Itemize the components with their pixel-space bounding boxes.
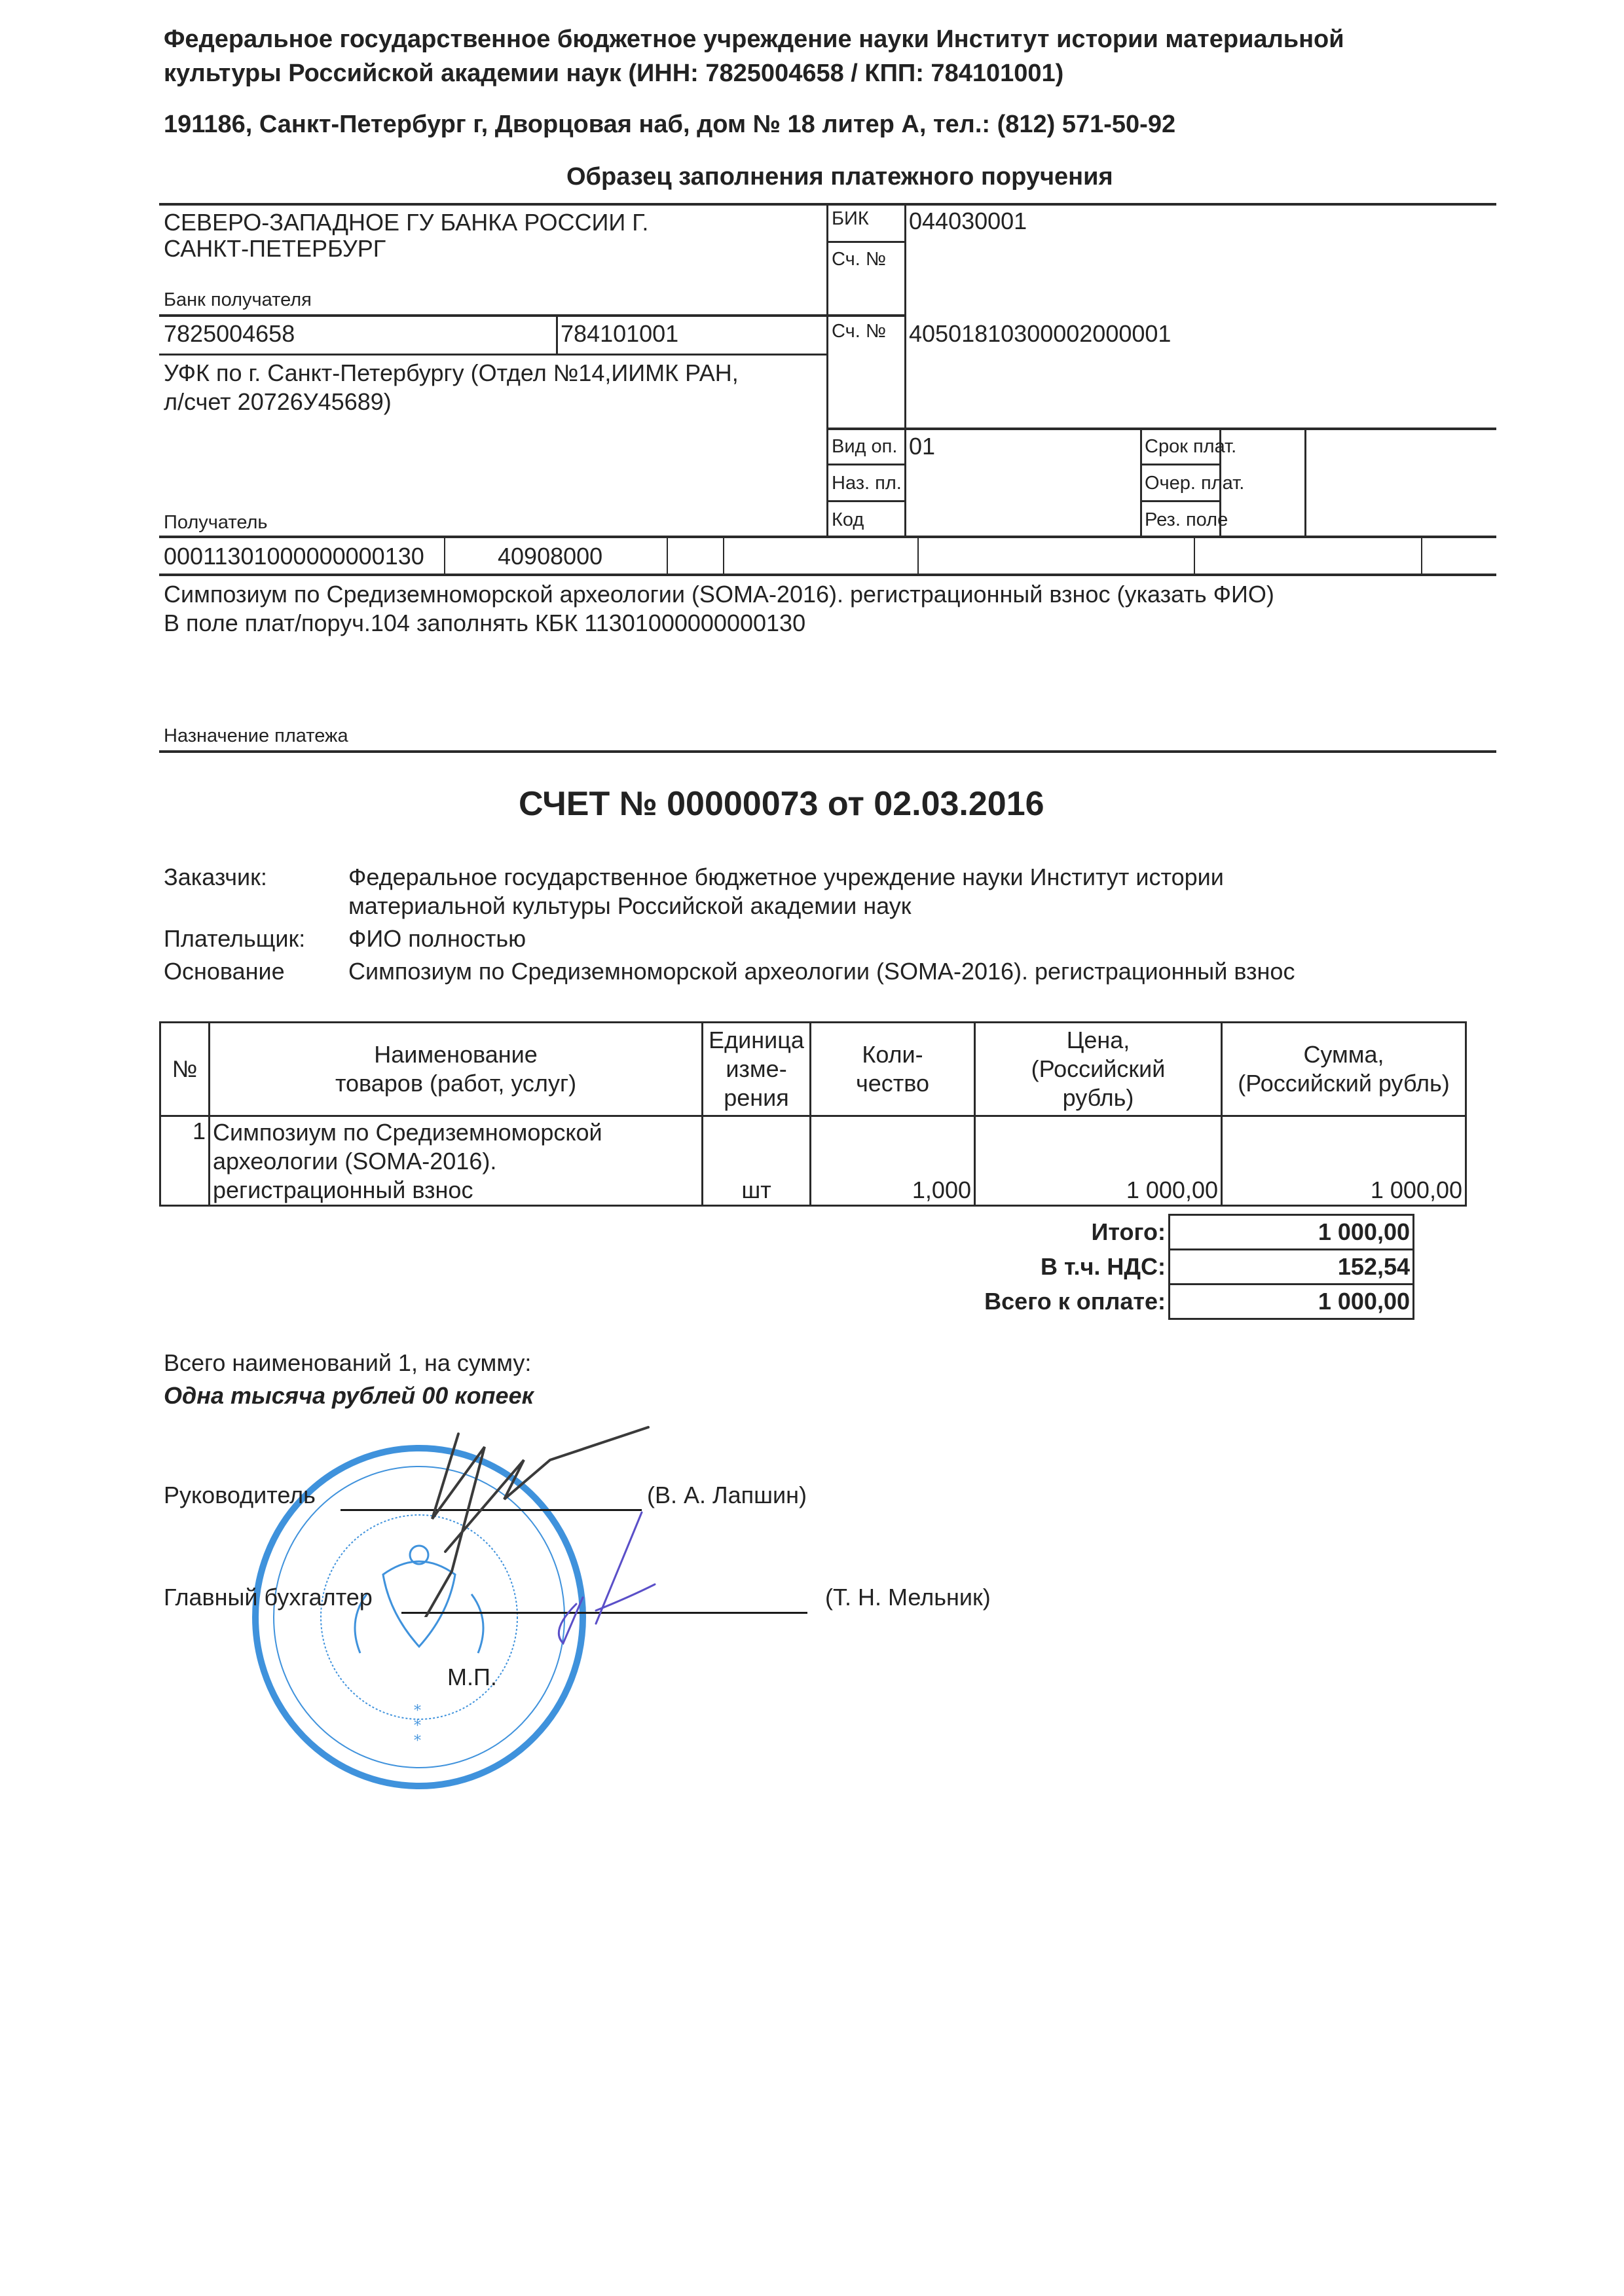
account-label: Сч. № bbox=[832, 319, 886, 343]
total-label: Итого: bbox=[159, 1215, 1170, 1250]
row-name-line3: регистрационный взнос bbox=[213, 1176, 699, 1205]
customer-label: Заказчик: bbox=[164, 863, 267, 892]
grand-total-row: Всего к оплате: 1 000,00 bbox=[159, 1285, 1414, 1319]
header-price: Цена, (Российский рубль) bbox=[975, 1023, 1222, 1116]
reserve-label: Рез. поле bbox=[1145, 508, 1228, 532]
svg-text:*: * bbox=[414, 1733, 421, 1749]
header-sum-line2: (Российский рубль) bbox=[1225, 1069, 1462, 1098]
row-name-line2: археологии (SOMA-2016). bbox=[213, 1147, 699, 1176]
org-address: 191186, Санкт-Петербург г, Дворцовая наб… bbox=[164, 107, 1175, 141]
seal-label: М.П. bbox=[447, 1663, 497, 1692]
header-unit-line1: Единица bbox=[706, 1026, 807, 1055]
totals-table: Итого: 1 000,00 В т.ч. НДС: 152,54 Всего… bbox=[159, 1214, 1414, 1320]
account-value: 40501810300002000001 bbox=[909, 319, 1171, 348]
vat-value: 152,54 bbox=[1170, 1250, 1414, 1285]
director-signature-icon bbox=[354, 1421, 655, 1617]
row-sum: 1 000,00 bbox=[1222, 1116, 1466, 1206]
items-count-line: Всего наименований 1, на сумму: bbox=[164, 1349, 531, 1377]
header-name: Наименование товаров (работ, услуг) bbox=[210, 1023, 703, 1116]
grand-total-label: Всего к оплате: bbox=[159, 1285, 1170, 1319]
total-row: Итого: 1 000,00 bbox=[159, 1215, 1414, 1250]
director-name: (В. А. Лапшин) bbox=[647, 1481, 807, 1510]
header-name-line1: Наименование bbox=[213, 1040, 699, 1069]
purpose-line2: В поле плат/поруч.104 заполнять КБК 1130… bbox=[164, 609, 805, 638]
basis-label: Основание bbox=[164, 957, 285, 986]
row-unit: шт bbox=[703, 1116, 811, 1206]
customer-line1: Федеральное государственное бюджетное уч… bbox=[348, 863, 1224, 892]
recipient-line1: УФК по г. Санкт-Петербургу (Отдел №14,ИИ… bbox=[164, 359, 739, 388]
payer-value: ФИО полностью bbox=[348, 924, 526, 953]
items-table: № Наименование товаров (работ, услуг) Ед… bbox=[159, 1021, 1467, 1207]
header-qty: Коли- чество bbox=[811, 1023, 975, 1116]
op-type-value: 01 bbox=[909, 432, 935, 461]
accountant-signature-icon bbox=[498, 1506, 668, 1650]
org-name-line2: культуры Российской академии наук (ИНН: … bbox=[164, 56, 1063, 90]
row-qty: 1,000 bbox=[811, 1116, 975, 1206]
header-price-line3: рубль) bbox=[978, 1084, 1218, 1112]
header-sum: Сумма, (Российский рубль) bbox=[1222, 1023, 1466, 1116]
header-unit: Единица изме- рения bbox=[703, 1023, 811, 1116]
inn-value: 7825004658 bbox=[164, 319, 295, 348]
oktmo-value: 40908000 bbox=[498, 542, 602, 571]
form-title: Образец заполнения платежного поручения bbox=[566, 160, 1113, 194]
header-num: № bbox=[160, 1023, 210, 1116]
kpp-value: 784101001 bbox=[561, 319, 678, 348]
due-date-label: Срок плат. bbox=[1145, 435, 1236, 458]
vat-label: В т.ч. НДС: bbox=[159, 1250, 1170, 1285]
header-unit-line3: рения bbox=[706, 1084, 807, 1112]
bik-value: 044030001 bbox=[909, 207, 1027, 236]
bik-label: БИК bbox=[832, 207, 869, 230]
row-num: 1 bbox=[160, 1116, 210, 1206]
director-label: Руководитель bbox=[164, 1481, 316, 1510]
header-name-line2: товаров (работ, услуг) bbox=[213, 1069, 699, 1098]
svg-text:*: * bbox=[414, 1718, 421, 1734]
header-qty-line2: чество bbox=[814, 1069, 971, 1098]
basis-value: Симпозиум по Средиземноморской археологи… bbox=[348, 957, 1295, 986]
purpose-code-label: Наз. пл. bbox=[832, 471, 902, 495]
table-header-row: № Наименование товаров (работ, услуг) Ед… bbox=[160, 1023, 1466, 1116]
vat-row: В т.ч. НДС: 152,54 bbox=[159, 1250, 1414, 1285]
header-price-line2: (Российский bbox=[978, 1055, 1218, 1084]
accountant-name: (Т. Н. Мельник) bbox=[825, 1583, 991, 1612]
row-name: Симпозиум по Средиземноморской археологи… bbox=[210, 1116, 703, 1206]
bank-name-line2: САНКТ-ПЕТЕРБУРГ bbox=[164, 234, 386, 263]
recipient-label: Получатель bbox=[164, 511, 268, 534]
grand-total-value: 1 000,00 bbox=[1170, 1285, 1414, 1319]
header-qty-line1: Коли- bbox=[814, 1040, 971, 1069]
corr-account-label: Сч. № bbox=[832, 247, 886, 271]
bank-name-line1: СЕВЕРО-ЗАПАДНОЕ ГУ БАНКА РОССИИ Г. bbox=[164, 208, 648, 237]
purpose-label: Назначение платежа bbox=[164, 724, 348, 748]
priority-label: Очер. плат. bbox=[1145, 471, 1244, 495]
header-price-line1: Цена, bbox=[978, 1026, 1218, 1055]
accountant-label: Главный бухгалтер bbox=[164, 1583, 373, 1612]
invoice-title: СЧЕТ № 00000073 от 02.03.2016 bbox=[519, 783, 1044, 825]
purpose-line1: Симпозиум по Средиземноморской археологи… bbox=[164, 580, 1274, 609]
row-name-line1: Симпозиум по Средиземноморской bbox=[213, 1118, 699, 1147]
kbk-value: 00011301000000000130 bbox=[164, 542, 424, 571]
table-row: 1 Симпозиум по Средиземноморской археоло… bbox=[160, 1116, 1466, 1206]
row-price: 1 000,00 bbox=[975, 1116, 1222, 1206]
header-sum-line1: Сумма, bbox=[1225, 1040, 1462, 1069]
recipient-line2: л/счет 20726У45689) bbox=[164, 388, 392, 416]
org-name-line1: Федеральное государственное бюджетное уч… bbox=[164, 22, 1344, 56]
customer-line2: материальной культуры Российской академи… bbox=[348, 892, 912, 920]
payer-label: Плательщик: bbox=[164, 924, 305, 953]
header-unit-line2: изме- bbox=[706, 1055, 807, 1084]
bank-label: Банк получателя bbox=[164, 288, 312, 312]
accountant-signature-line bbox=[401, 1612, 807, 1614]
op-type-label: Вид оп. bbox=[832, 435, 897, 458]
director-signature-line bbox=[341, 1509, 642, 1511]
code-label: Код bbox=[832, 508, 864, 532]
svg-text:*: * bbox=[414, 1703, 421, 1719]
total-value: 1 000,00 bbox=[1170, 1215, 1414, 1250]
amount-in-words: Одна тысяча рублей 00 копеек bbox=[164, 1381, 534, 1410]
